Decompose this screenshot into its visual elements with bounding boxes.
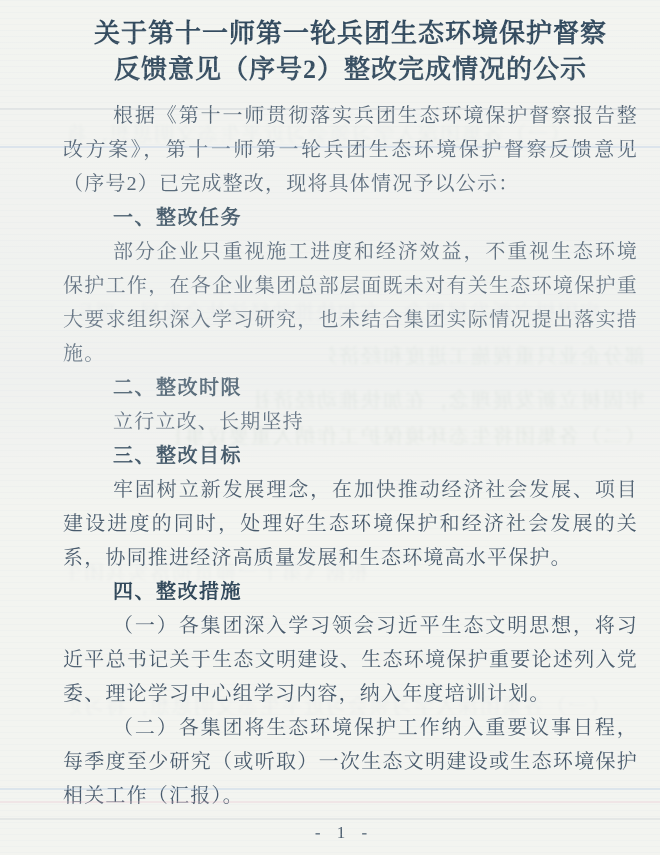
page-number: - 1 - xyxy=(315,823,373,843)
document-content: 关于第十一师第一轮兵团生态环境保护督察 反馈意见（序号2）整改完成情况的公示 根… xyxy=(0,0,660,813)
body-paragraph: 根据《第十一师贯彻落实兵团生态环境保护督察报告整改方案》，第十一师第一轮兵团生态… xyxy=(63,99,638,201)
section-heading: 三、整改目标 xyxy=(63,439,638,473)
body-paragraph: （二）各集团将生态环境保护工作纳入重要议事日程，每季度至少研究（或听取）一次生态… xyxy=(63,711,638,813)
body-paragraph: 牢固树立新发展理念，在加快推动经济社会发展、项目建设进度的同时，处理好生态环境保… xyxy=(63,473,638,575)
document-body: 根据《第十一师贯彻落实兵团生态环境保护督察报告整改方案》，第十一师第一轮兵团生态… xyxy=(63,99,638,813)
scan-artifact-line xyxy=(0,818,660,820)
document-title: 关于第十一师第一轮兵团生态环境保护督察 反馈意见（序号2）整改完成情况的公示 xyxy=(63,16,638,88)
document-title-line-2: 反馈意见（序号2）整改完成情况的公示 xyxy=(114,55,587,84)
section-heading: 一、整改任务 xyxy=(63,201,638,235)
body-paragraph: 立行立改、长期坚持 xyxy=(63,405,638,439)
body-paragraph: （一）各集团深入学习领会习近平生态文明思想，将习近平总书记关于生态文明建设、生态… xyxy=(63,609,638,711)
scanned-document-page: （一）各集团深入学习领会习近平生态文明思想，将习近平总书记关于生态文明建设、生态… xyxy=(0,0,660,855)
body-paragraph: 部分企业只重视施工进度和经济效益，不重视生态环境保护工作，在各企业集团总部层面既… xyxy=(63,235,638,371)
document-title-line-1: 关于第十一师第一轮兵团生态环境保护督察 xyxy=(94,19,607,48)
section-heading: 二、整改时限 xyxy=(63,371,638,405)
section-heading: 四、整改措施 xyxy=(63,575,638,609)
